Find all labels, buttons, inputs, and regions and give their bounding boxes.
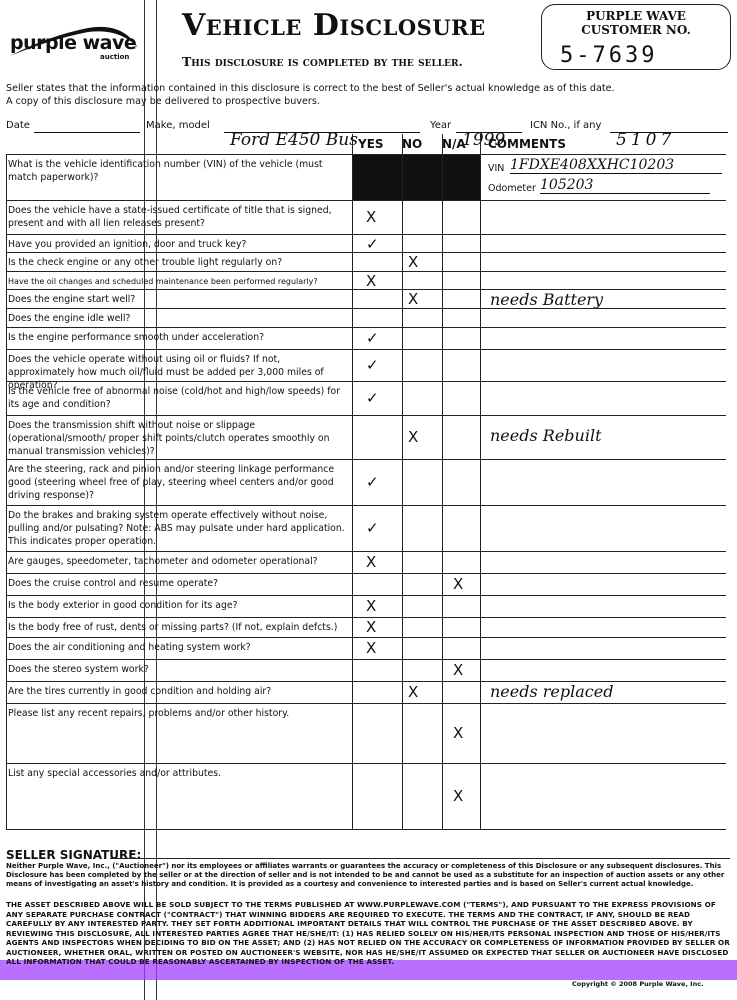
comment-field[interactable]: needs replaced bbox=[490, 682, 613, 701]
checkbox-na[interactable] bbox=[442, 350, 480, 382]
checkbox-na[interactable] bbox=[442, 235, 480, 253]
table-row: Does the transmission shift without nois… bbox=[6, 415, 726, 460]
checkbox-no[interactable] bbox=[402, 328, 442, 350]
x-mark-icon: X bbox=[453, 661, 463, 679]
checkbox-yes[interactable]: ✓ bbox=[352, 460, 402, 506]
question-text: List any special accessories and/or attr… bbox=[8, 767, 348, 780]
x-mark-icon: X bbox=[366, 597, 376, 615]
checkbox-no[interactable]: X bbox=[402, 682, 442, 704]
checkbox-no bbox=[402, 155, 442, 201]
checkbox-na[interactable] bbox=[442, 328, 480, 350]
check-mark-icon: ✓ bbox=[366, 473, 379, 491]
checkbox-no[interactable] bbox=[402, 574, 442, 596]
checkbox-na[interactable] bbox=[442, 201, 480, 235]
table-row: Are the tires currently in good conditio… bbox=[6, 681, 726, 704]
logo-text: purple wave bbox=[10, 32, 136, 54]
table-row: Please list any recent repairs, problems… bbox=[6, 703, 726, 764]
table-row: List any special accessories and/or attr… bbox=[6, 763, 726, 830]
question-text: Does the stereo system work? bbox=[8, 663, 348, 676]
x-mark-icon: X bbox=[408, 253, 418, 271]
question-text: Does the air conditioning and heating sy… bbox=[8, 641, 348, 654]
checkbox-no[interactable] bbox=[402, 552, 442, 574]
checkbox-no[interactable] bbox=[402, 460, 442, 506]
question-text: Does the transmission shift without nois… bbox=[8, 419, 348, 458]
checkbox-yes[interactable] bbox=[352, 682, 402, 704]
checkbox-na[interactable]: X bbox=[442, 574, 480, 596]
question-text: Does the cruise control and resume opera… bbox=[8, 577, 348, 590]
checkbox-yes[interactable]: ✓ bbox=[352, 506, 402, 552]
page-title: Vehicle Disclosure bbox=[182, 8, 486, 43]
checkbox-na[interactable] bbox=[442, 272, 480, 290]
table-column-divider bbox=[352, 134, 353, 829]
checkbox-yes[interactable]: X bbox=[352, 201, 402, 235]
make-model-label: Make, model bbox=[146, 120, 210, 131]
checkbox-no[interactable] bbox=[402, 350, 442, 382]
checkbox-yes[interactable]: X bbox=[352, 618, 402, 638]
table-column-divider bbox=[402, 134, 403, 829]
checkbox-no[interactable] bbox=[402, 660, 442, 682]
x-mark-icon: X bbox=[366, 272, 376, 290]
table-row: Is the engine performance smooth under a… bbox=[6, 327, 726, 350]
checkbox-yes[interactable]: ✓ bbox=[352, 235, 402, 253]
checkbox-na[interactable] bbox=[442, 638, 480, 660]
checkbox-no[interactable] bbox=[402, 201, 442, 235]
check-mark-icon: ✓ bbox=[366, 389, 379, 407]
col-comments: COMMENTS bbox=[488, 137, 566, 151]
vin-field[interactable]: 1FDXE408XXHC10203 bbox=[510, 157, 722, 174]
col-na: N/A bbox=[442, 137, 466, 151]
checkbox-yes[interactable] bbox=[352, 660, 402, 682]
make-model-field[interactable]: Ford E450 Bus bbox=[224, 132, 420, 133]
question-text: Are gauges, speedometer, tachometer and … bbox=[8, 555, 348, 568]
question-text: Are the tires currently in good conditio… bbox=[8, 685, 348, 698]
year-field[interactable]: 1999 bbox=[456, 132, 522, 133]
vehicle-info-row: Date Make, model Ford E450 Bus Year 1999… bbox=[6, 112, 731, 134]
checkbox-no[interactable] bbox=[402, 596, 442, 618]
checkbox-no[interactable] bbox=[402, 618, 442, 638]
question-text: Is the body exterior in good condition f… bbox=[8, 599, 348, 612]
customer-label-line1: PURPLE WAVE bbox=[542, 9, 730, 23]
date-label: Date bbox=[6, 120, 30, 131]
checkbox-yes[interactable] bbox=[352, 704, 402, 764]
checkbox-yes[interactable] bbox=[352, 416, 402, 460]
x-mark-icon: X bbox=[408, 428, 418, 446]
checkbox-na[interactable] bbox=[442, 253, 480, 272]
table-row: Is the body free of rust, dents or missi… bbox=[6, 617, 726, 638]
checkbox-no[interactable] bbox=[402, 382, 442, 416]
customer-number-value[interactable]: 5-7639 bbox=[560, 43, 657, 68]
table-row: Does the engine idle well? bbox=[6, 308, 726, 328]
intro-line-1: Seller states that the information conta… bbox=[6, 82, 615, 95]
table-row: Does the vehicle operate without using o… bbox=[6, 349, 726, 382]
checkbox-yes[interactable]: X bbox=[352, 596, 402, 618]
checkbox-yes[interactable] bbox=[352, 764, 402, 830]
checkbox-no[interactable] bbox=[402, 638, 442, 660]
check-mark-icon: ✓ bbox=[366, 329, 379, 347]
checkbox-yes[interactable] bbox=[352, 574, 402, 596]
customer-label-line2: CUSTOMER NO. bbox=[542, 23, 730, 37]
customer-number-box: PURPLE WAVE CUSTOMER NO. 5-7639 bbox=[541, 4, 731, 70]
table-column-divider bbox=[6, 154, 7, 829]
table-row: Have you provided an ignition, door and … bbox=[6, 234, 726, 253]
checkbox-no[interactable]: X bbox=[402, 290, 442, 309]
checkbox-na[interactable] bbox=[442, 506, 480, 552]
question-text: Have the oil changes and scheduled maint… bbox=[8, 275, 348, 288]
icn-label: ICN No., if any bbox=[530, 120, 601, 131]
checkbox-no[interactable] bbox=[402, 764, 442, 830]
x-mark-icon: X bbox=[366, 208, 376, 226]
checkbox-yes[interactable]: X bbox=[352, 638, 402, 660]
x-mark-icon: X bbox=[366, 553, 376, 571]
vin-label: VIN bbox=[488, 163, 504, 174]
table-column-divider bbox=[480, 134, 481, 829]
icn-field[interactable]: 5107 bbox=[610, 132, 728, 133]
x-mark-icon: X bbox=[453, 575, 463, 593]
copyright-text: Copyright © 2008 Purple Wave, Inc. bbox=[572, 980, 704, 988]
checkbox-yes[interactable]: X bbox=[352, 272, 402, 290]
question-text: Please list any recent repairs, problems… bbox=[8, 707, 348, 720]
x-mark-icon: X bbox=[408, 290, 418, 308]
table-row: Does the vehicle have a state-issued cer… bbox=[6, 200, 726, 235]
question-text: Are the steering, rack and pinion and/or… bbox=[8, 463, 348, 502]
terms-text: The asset described above will be sold s… bbox=[6, 900, 732, 967]
purple-wave-logo: purple wave auction bbox=[4, 18, 140, 60]
table-row: Does the air conditioning and heating sy… bbox=[6, 637, 726, 660]
checkbox-na[interactable]: X bbox=[442, 660, 480, 682]
question-text: Have you provided an ignition, door and … bbox=[8, 238, 348, 251]
intro-line-2: A copy of this disclosure may be deliver… bbox=[6, 95, 615, 108]
x-mark-icon: X bbox=[453, 724, 463, 742]
table-header: YES NO N/A COMMENTS bbox=[352, 134, 732, 154]
seller-signature-label: SELLER SIGNATURE: bbox=[6, 848, 141, 862]
col-no: NO bbox=[402, 137, 422, 151]
odometer-label: Odometer bbox=[488, 183, 536, 194]
x-mark-icon: X bbox=[366, 618, 376, 636]
seller-signature-field[interactable] bbox=[110, 858, 730, 859]
comment-field[interactable]: needs Battery bbox=[490, 290, 603, 309]
checkbox-yes[interactable]: X bbox=[352, 552, 402, 574]
checkbox-no[interactable] bbox=[402, 235, 442, 253]
question-text: Is the check engine or any other trouble… bbox=[8, 256, 348, 269]
checkbox-na[interactable] bbox=[442, 552, 480, 574]
checkbox-na bbox=[442, 155, 480, 201]
x-mark-icon: X bbox=[453, 787, 463, 805]
question-text: What is the vehicle identification numbe… bbox=[8, 158, 348, 184]
question-text: Does the engine start well? bbox=[8, 293, 348, 306]
checkbox-no[interactable] bbox=[402, 272, 442, 290]
checkbox-yes[interactable]: ✓ bbox=[352, 350, 402, 382]
col-yes: YES bbox=[358, 137, 384, 151]
checkbox-na[interactable] bbox=[442, 460, 480, 506]
checkbox-na[interactable] bbox=[442, 309, 480, 328]
table-row: Does the engine start well?Xneeds Batter… bbox=[6, 289, 726, 309]
table-row: Does the cruise control and resume opera… bbox=[6, 573, 726, 596]
check-mark-icon: ✓ bbox=[366, 356, 379, 374]
checkbox-yes[interactable] bbox=[352, 309, 402, 328]
checkbox-na[interactable] bbox=[442, 682, 480, 704]
checkbox-yes[interactable] bbox=[352, 290, 402, 309]
page-subtitle: This disclosure is completed by the sell… bbox=[182, 54, 463, 69]
checkbox-no[interactable] bbox=[402, 506, 442, 552]
table-row: Are the steering, rack and pinion and/or… bbox=[6, 459, 726, 506]
odometer-field[interactable]: 105203 bbox=[540, 177, 710, 194]
checkbox-na[interactable] bbox=[442, 596, 480, 618]
check-mark-icon: ✓ bbox=[366, 519, 379, 537]
question-text: Do the brakes and braking system operate… bbox=[8, 509, 348, 548]
checkbox-na[interactable] bbox=[442, 382, 480, 416]
x-mark-icon: X bbox=[408, 683, 418, 701]
table-row: Is the check engine or any other trouble… bbox=[6, 252, 726, 272]
checkbox-na[interactable]: X bbox=[442, 704, 480, 764]
x-mark-icon: X bbox=[366, 639, 376, 657]
checkbox-no[interactable]: X bbox=[402, 253, 442, 272]
comment-field[interactable]: needs Rebuilt bbox=[490, 426, 602, 445]
checkbox-no[interactable] bbox=[402, 704, 442, 764]
question-text: Does the engine idle well? bbox=[8, 312, 348, 325]
table-row: Are gauges, speedometer, tachometer and … bbox=[6, 551, 726, 574]
checkbox-na[interactable] bbox=[442, 290, 480, 309]
date-field[interactable] bbox=[34, 132, 140, 133]
question-text: Is the engine performance smooth under a… bbox=[8, 331, 348, 344]
table-row: Does the stereo system work?X bbox=[6, 659, 726, 682]
year-label: Year bbox=[430, 120, 451, 131]
customer-number-label: PURPLE WAVE CUSTOMER NO. bbox=[542, 9, 730, 37]
table-bottom-border bbox=[6, 829, 726, 830]
table-row: What is the vehicle identification numbe… bbox=[6, 154, 726, 201]
checkbox-yes[interactable]: ✓ bbox=[352, 382, 402, 416]
table-column-divider bbox=[442, 134, 443, 829]
checkbox-no[interactable]: X bbox=[402, 416, 442, 460]
disclaimer-text: Neither Purple Wave, Inc., ("Auctioneer"… bbox=[6, 862, 732, 889]
logo-subtext: auction bbox=[100, 53, 129, 61]
checkbox-na[interactable] bbox=[442, 416, 480, 460]
question-text: Is the vehicle free of abnormal noise (c… bbox=[8, 385, 348, 411]
checkbox-yes[interactable] bbox=[352, 253, 402, 272]
table-row: Is the body exterior in good condition f… bbox=[6, 595, 726, 618]
check-mark-icon: ✓ bbox=[366, 235, 379, 253]
checkbox-no[interactable] bbox=[402, 309, 442, 328]
checkbox-yes bbox=[352, 155, 402, 201]
table-row: Have the oil changes and scheduled maint… bbox=[6, 271, 726, 290]
checkbox-na[interactable] bbox=[442, 618, 480, 638]
intro-text: Seller states that the information conta… bbox=[6, 82, 615, 108]
table-row: Do the brakes and braking system operate… bbox=[6, 505, 726, 552]
checkbox-na[interactable]: X bbox=[442, 764, 480, 830]
question-text: Does the vehicle have a state-issued cer… bbox=[8, 204, 348, 230]
question-text: Is the body free of rust, dents or missi… bbox=[8, 621, 348, 634]
checkbox-yes[interactable]: ✓ bbox=[352, 328, 402, 350]
table-row: Is the vehicle free of abnormal noise (c… bbox=[6, 381, 726, 416]
make-model-value: Ford E450 Bus bbox=[230, 130, 358, 150]
